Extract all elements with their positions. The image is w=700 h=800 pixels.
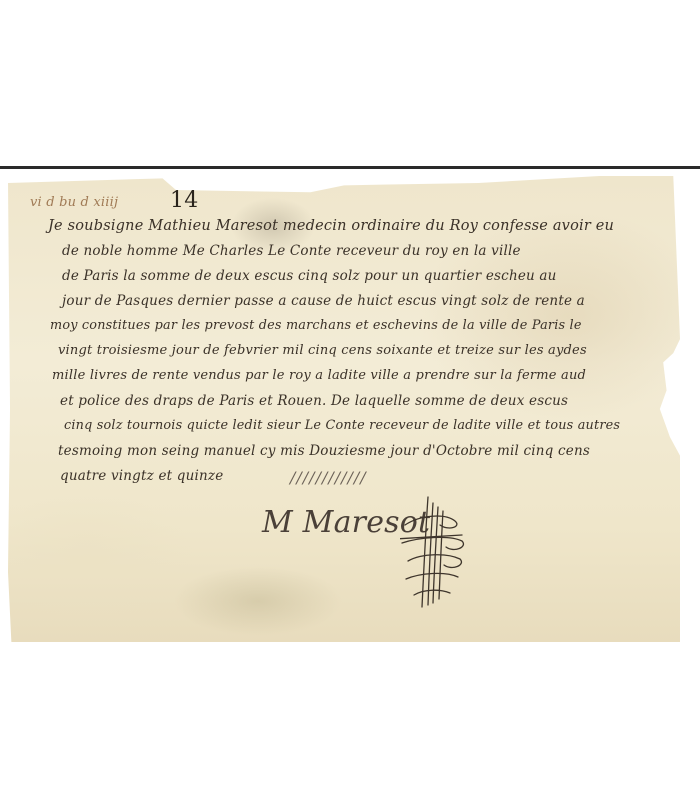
tally-strokes: ////////////	[290, 468, 367, 487]
text-line-2: de noble homme Me Charles Le Conte recev…	[62, 243, 521, 259]
text-line-9: cinq solz tournois quicte ledit sieur Le…	[64, 418, 620, 433]
text-line-5: moy constitues par les prevost des march…	[50, 318, 582, 333]
folio-number: 14	[170, 188, 198, 213]
marginal-note: vi d bu d xiiij	[30, 195, 118, 210]
top-divider-rule	[0, 166, 700, 169]
text-line-11: quatre vingtz et quinze	[60, 468, 223, 484]
text-line-8: et police des draps de Paris et Rouen. D…	[60, 393, 568, 409]
text-line-3: de Paris la somme de deux escus cinq sol…	[62, 268, 557, 284]
text-line-10: tesmoing mon seing manuel cy mis Douzies…	[58, 443, 590, 459]
text-line-7: mille livres de rente vendus par le roy …	[52, 368, 586, 383]
text-line-6: vingt troisiesme jour de febvrier mil ci…	[58, 343, 587, 358]
text-line-4: jour de Pasques dernier passe a cause de…	[62, 293, 585, 309]
text-line-1: Je soubsigne Mathieu Maresot medecin ord…	[48, 218, 614, 234]
paraph-flourish-icon	[400, 495, 470, 610]
